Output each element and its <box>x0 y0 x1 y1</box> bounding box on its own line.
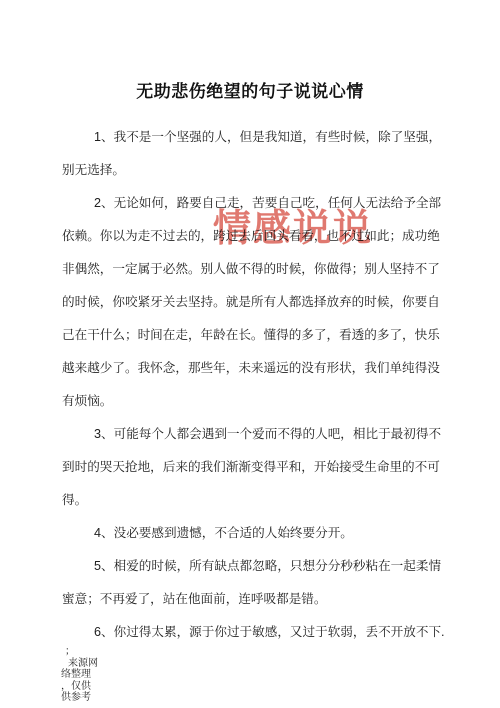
text-line: 有烦恼。 <box>62 385 444 418</box>
text-line: 2、无论如何，路要自己走，苦要自己吃，任何人无法给予全部 <box>62 187 444 220</box>
footer-line: 来源网 <box>61 658 109 670</box>
text-line: 6、你过得太累，源于你过于敏感，又过于软弱，丢不开放不下. <box>62 616 444 649</box>
footer-note: ；来源网络整理，仅供供参考 <box>61 646 109 704</box>
text-line: 得。 <box>62 484 444 517</box>
text-line: 己在干什么；时间在走，年龄在长。懂得的多了，看透的多了，快乐 <box>62 319 444 352</box>
page-title: 无助悲伤绝望的句子说说心情 <box>0 77 500 102</box>
text-line: 蜜意；不再爱了，站在他面前，连呼吸都是错。 <box>62 583 444 616</box>
footer-line: 络整理 <box>61 669 109 681</box>
text-line: 5、相爱的时候，所有缺点都忽略，只想分分秒秒粘在一起柔情 <box>62 550 444 583</box>
text-line: 越来越少了。我怀念，那些年，未来遥远的没有形状，我们单纯得没 <box>62 352 444 385</box>
text-line: 1、我不是一个坚强的人，但是我知道，有些时候，除了坚强， <box>62 121 444 154</box>
text-line: 别无选择。 <box>62 154 444 187</box>
footer-line: 供参考 <box>61 692 109 704</box>
text-line: 的时候，你咬紧牙关去坚持。就是所有人都选择放弃的时候，你要自 <box>62 286 444 319</box>
text-line: 4、没必要感到遗憾，不合适的人始终要分开。 <box>62 517 444 550</box>
footer-line: ，仅供 <box>61 681 109 693</box>
text-line: 到时的哭天抢地，后来的我们渐渐变得平和，开始接受生命里的不可 <box>62 451 444 484</box>
document-page: 无助悲伤绝望的句子说说心情 1、我不是一个坚强的人，但是我知道，有些时候，除了坚… <box>0 0 500 708</box>
text-line: 依赖。你以为走不过去的，跨过去后回头看看，也不过如此；成功绝 <box>62 220 444 253</box>
text-line: 非偶然，一定属于必然。别人做不得的时候，你做得；别人坚持不了 <box>62 253 444 286</box>
text-line: 3、可能每个人都会遇到一个爱而不得的人吧，相比于最初得不 <box>62 418 444 451</box>
document-body: 1、我不是一个坚强的人，但是我知道，有些时候，除了坚强，别无选择。2、无论如何，… <box>62 121 444 649</box>
footer-line: ； <box>61 646 109 658</box>
